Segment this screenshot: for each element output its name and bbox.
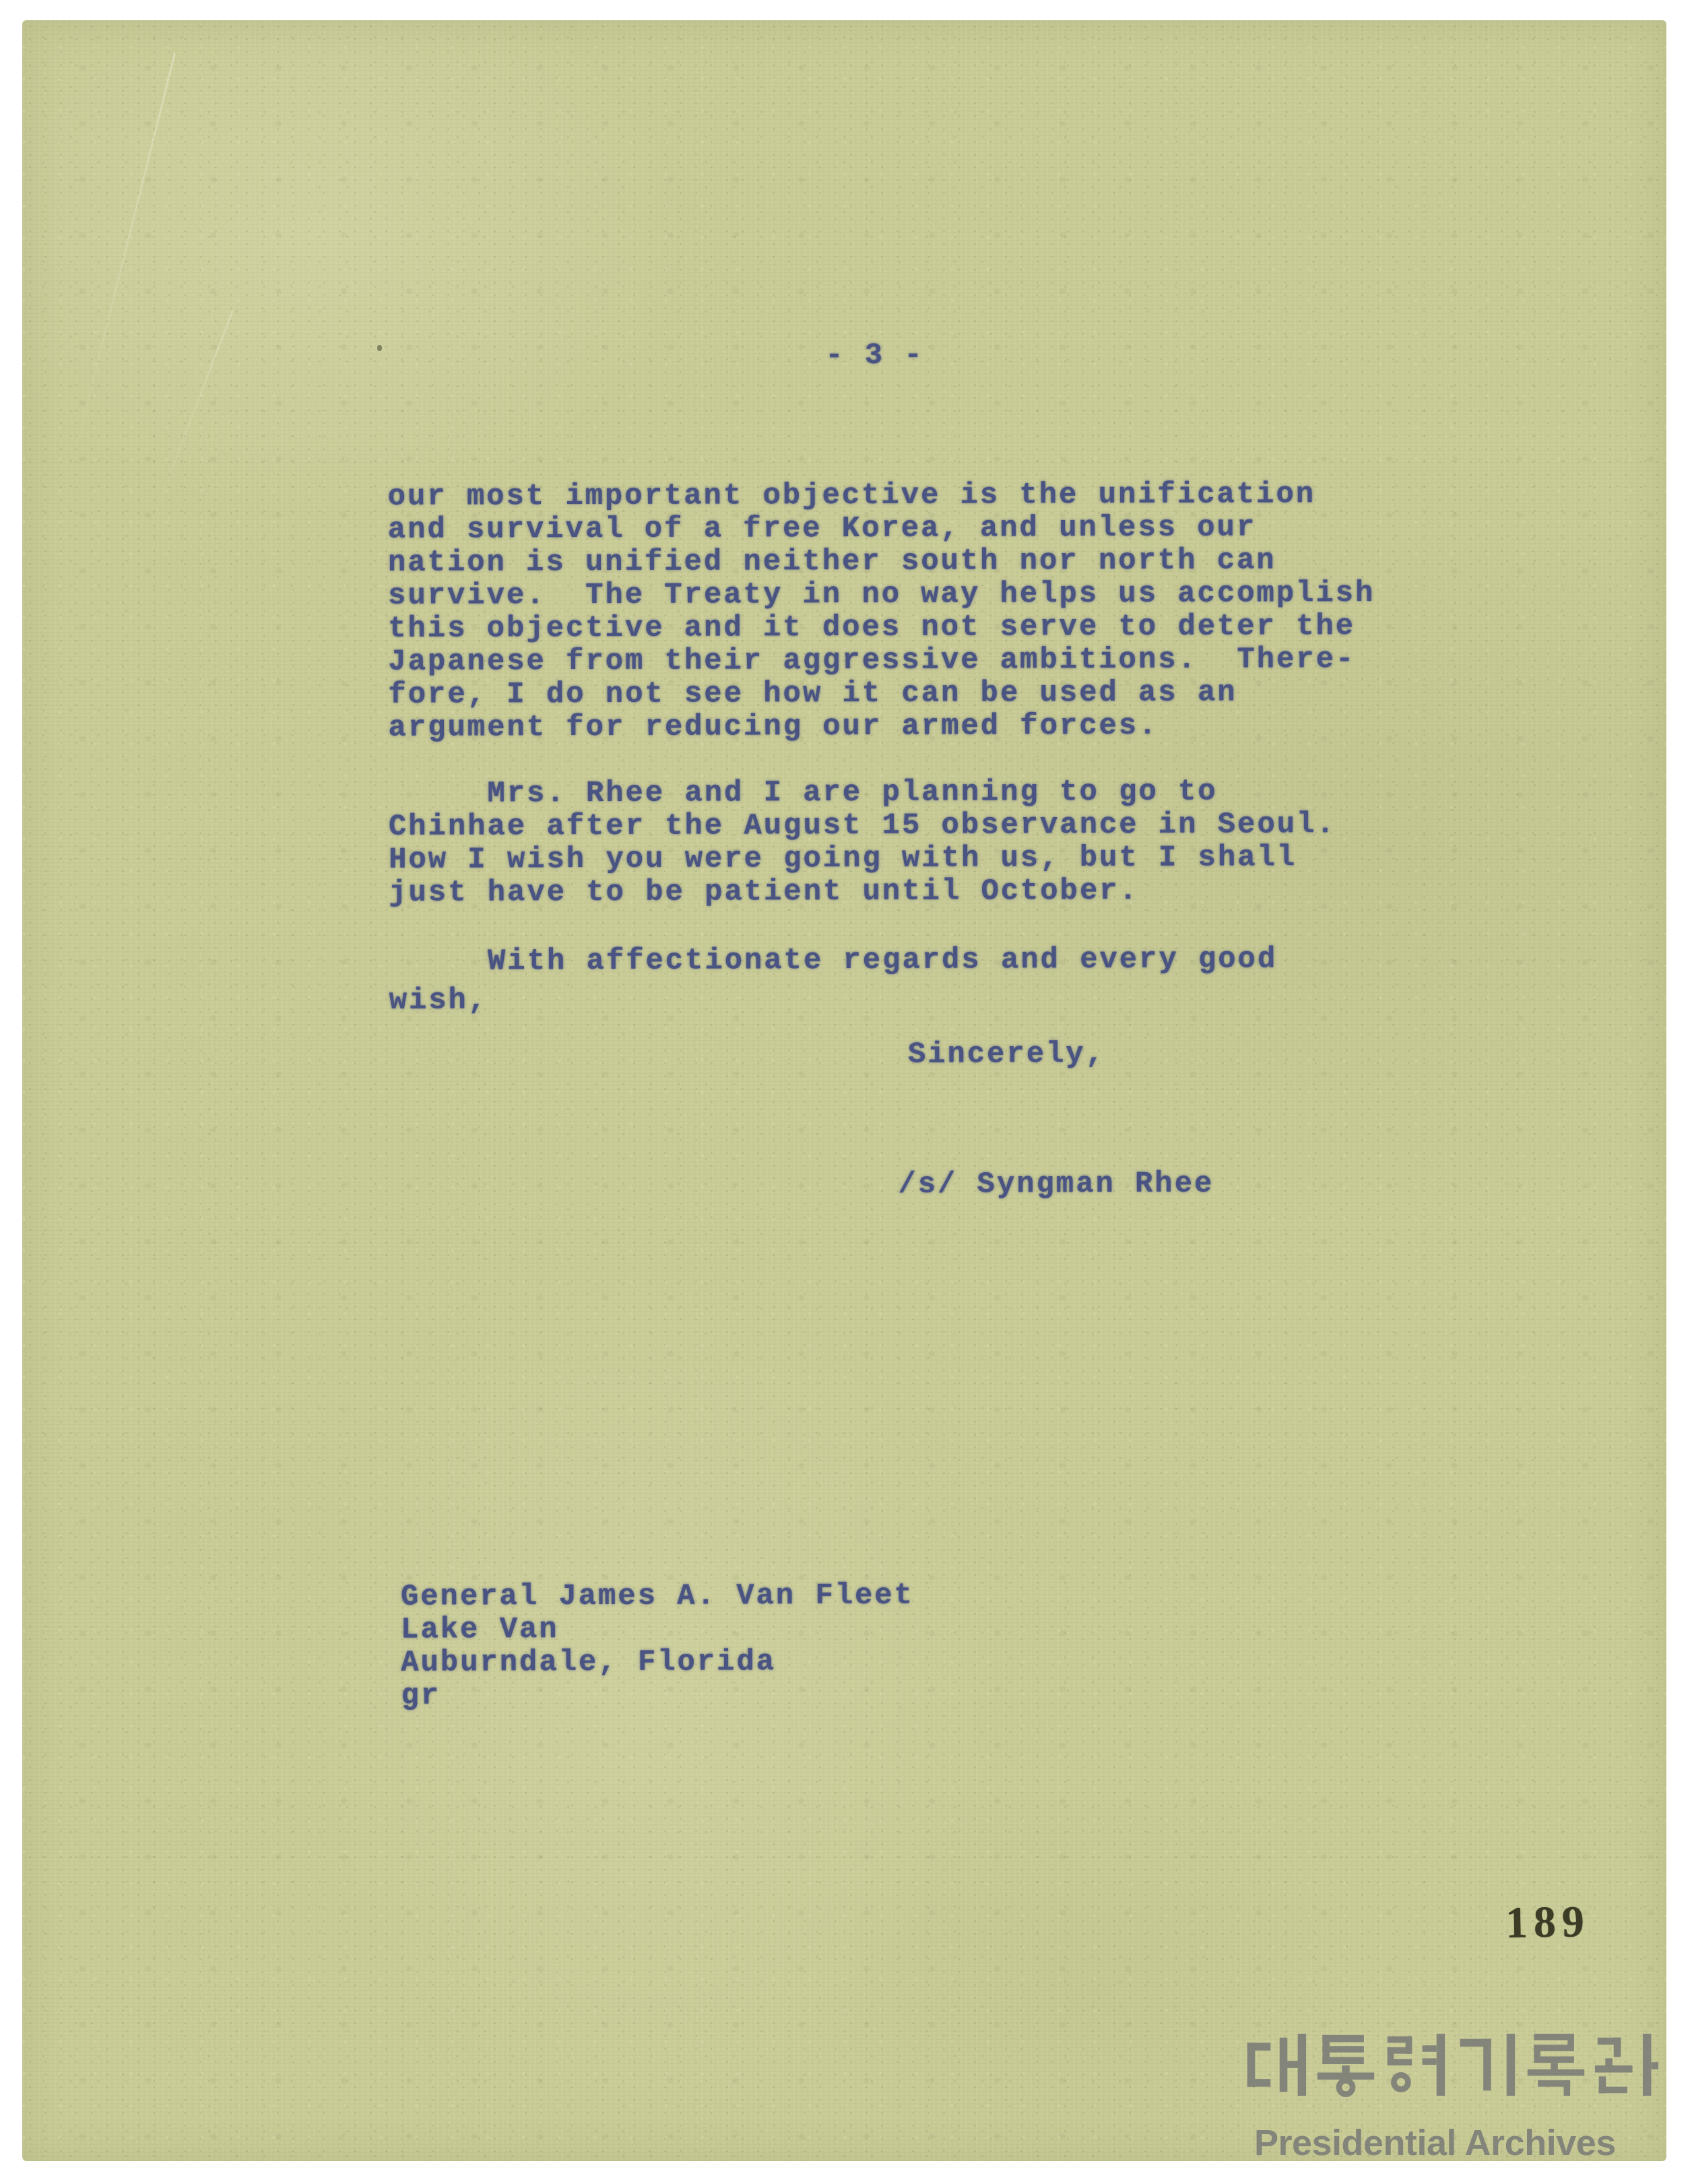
typewritten-text-layer: - 3 - our most important objective is th… [20,18,1669,2163]
presidential-archives-watermark: Presidential Archives [1243,2028,1666,2164]
closing-salutation: Sincerely, [908,1038,1105,1072]
hangul-rok-glyph [1524,2028,1588,2102]
hangul-gi-glyph [1454,2028,1518,2102]
watermark-english-text: Presidential Archives [1254,2122,1666,2164]
letter-paper-sheet: - 3 - our most important objective is th… [22,20,1666,2161]
scanned-letter-page: { "page": { "header_page_number": "- 3 -… [0,0,1692,2184]
letter-paragraph-3: With affectionate regards and every good… [389,940,1277,1020]
hangul-gwan-glyph [1594,2028,1658,2102]
hangul-tong-glyph [1313,2028,1378,2102]
letter-paragraph-1: our most important objective is the unif… [388,478,1375,745]
letter-paragraph-2: Mrs. Rhee and I are planning to go to Ch… [389,775,1336,910]
watermark-korean-text [1243,2028,1666,2102]
hangul-ryeong-glyph [1384,2028,1448,2102]
archive-page-number-stamp: 189 [1505,1896,1590,1949]
hangul-dae-glyph [1243,2028,1308,2102]
typed-signature-line: /s/ Syngman Rhee [898,1168,1214,1202]
recipient-address-block: General James A. Van Fleet Lake Van Aubu… [401,1580,914,1713]
page-number-header: - 3 - [825,340,924,373]
